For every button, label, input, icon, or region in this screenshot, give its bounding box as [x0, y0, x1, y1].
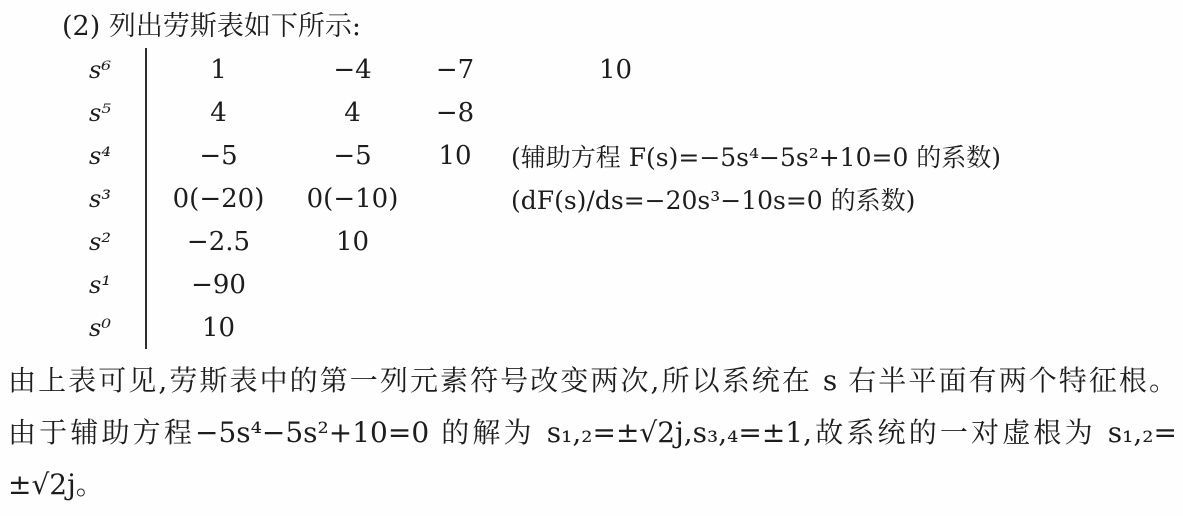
conclusion-line-1: 由上表可见,劳斯表中的第一列元素符号改变两次,所以系统在 s 右半平面有两个特征…: [8, 355, 1177, 407]
row-tail: (辅助方程 F(s)=−5s⁴−5s²+10=0 的系数): [495, 134, 1183, 177]
table-cell: [290, 263, 415, 306]
auxiliary-equation-annotation: (辅助方程 F(s)=−5s⁴−5s²+10=0 的系数): [511, 138, 1001, 174]
row-tail: [495, 91, 1183, 134]
conclusion-line-2: 由于辅助方程−5s⁴−5s²+10=0 的解为 s₁,₂=±√2j,s₃,₄=±…: [8, 407, 1177, 459]
table-cell: −7: [415, 48, 495, 91]
table-cell: 4: [145, 91, 290, 134]
routh-row-s3: s³ 0(−20) 0(−10) (dF(s)/ds=−20s³−10s=0 的…: [85, 177, 1183, 220]
table-cell: 10: [415, 134, 495, 177]
table-cell: −5: [290, 134, 415, 177]
table-cell: −90: [145, 263, 290, 306]
power-label-s1: s¹: [85, 263, 145, 306]
table-cell: 0(−10): [290, 177, 415, 220]
row-tail: [495, 306, 1183, 349]
power-label-s5: s⁵: [85, 91, 145, 134]
table-cell: [415, 306, 495, 349]
table-cell: 1: [145, 48, 290, 91]
table-cell: 4: [290, 91, 415, 134]
routh-row-s5: s⁵ 4 4 −8: [85, 91, 1183, 134]
power-label-s0: s⁰: [85, 306, 145, 349]
table-cell: 10: [290, 220, 415, 263]
row-tail: (dF(s)/ds=−20s³−10s=0 的系数): [495, 177, 1183, 220]
routh-row-s4: s⁴ −5 −5 10 (辅助方程 F(s)=−5s⁴−5s²+10=0 的系数…: [85, 134, 1183, 177]
routh-row-s2: s² −2.5 10: [85, 220, 1183, 263]
section-heading: (2) 列出劳斯表如下所示:: [0, 0, 1183, 46]
table-cell: [415, 177, 495, 220]
row-tail: [495, 220, 1183, 263]
power-label-s6: s⁶: [85, 48, 145, 91]
table-cell: 10: [145, 306, 290, 349]
routh-table: s⁶ 1 −4 −7 10 s⁵ 4 4 −8 s⁴ −5 −5 10: [85, 48, 1183, 349]
table-cell: [415, 263, 495, 306]
table-cell: [415, 220, 495, 263]
table-cell: −5: [145, 134, 290, 177]
routh-row-s1: s¹ −90: [85, 263, 1183, 306]
row-tail: 10: [495, 48, 1183, 91]
row-tail: [495, 263, 1183, 306]
table-cell: 0(−20): [145, 177, 290, 220]
power-label-s2: s²: [85, 220, 145, 263]
document-page: (2) 列出劳斯表如下所示: s⁶ 1 −4 −7 10 s⁵ 4 4 −8 s…: [0, 0, 1183, 516]
conclusion-line-3: ±√2j。: [8, 459, 1177, 511]
table-cell: −2.5: [145, 220, 290, 263]
table-cell: [290, 306, 415, 349]
derivative-equation-annotation: (dF(s)/ds=−20s³−10s=0 的系数): [511, 181, 915, 217]
table-cell: −8: [415, 91, 495, 134]
routh-row-s0: s⁰ 10: [85, 306, 1183, 349]
table-cell: 10: [599, 55, 632, 85]
routh-row-s6: s⁶ 1 −4 −7 10: [85, 48, 1183, 91]
power-label-s4: s⁴: [85, 134, 145, 177]
table-cell: −4: [290, 48, 415, 91]
power-label-s3: s³: [85, 177, 145, 220]
